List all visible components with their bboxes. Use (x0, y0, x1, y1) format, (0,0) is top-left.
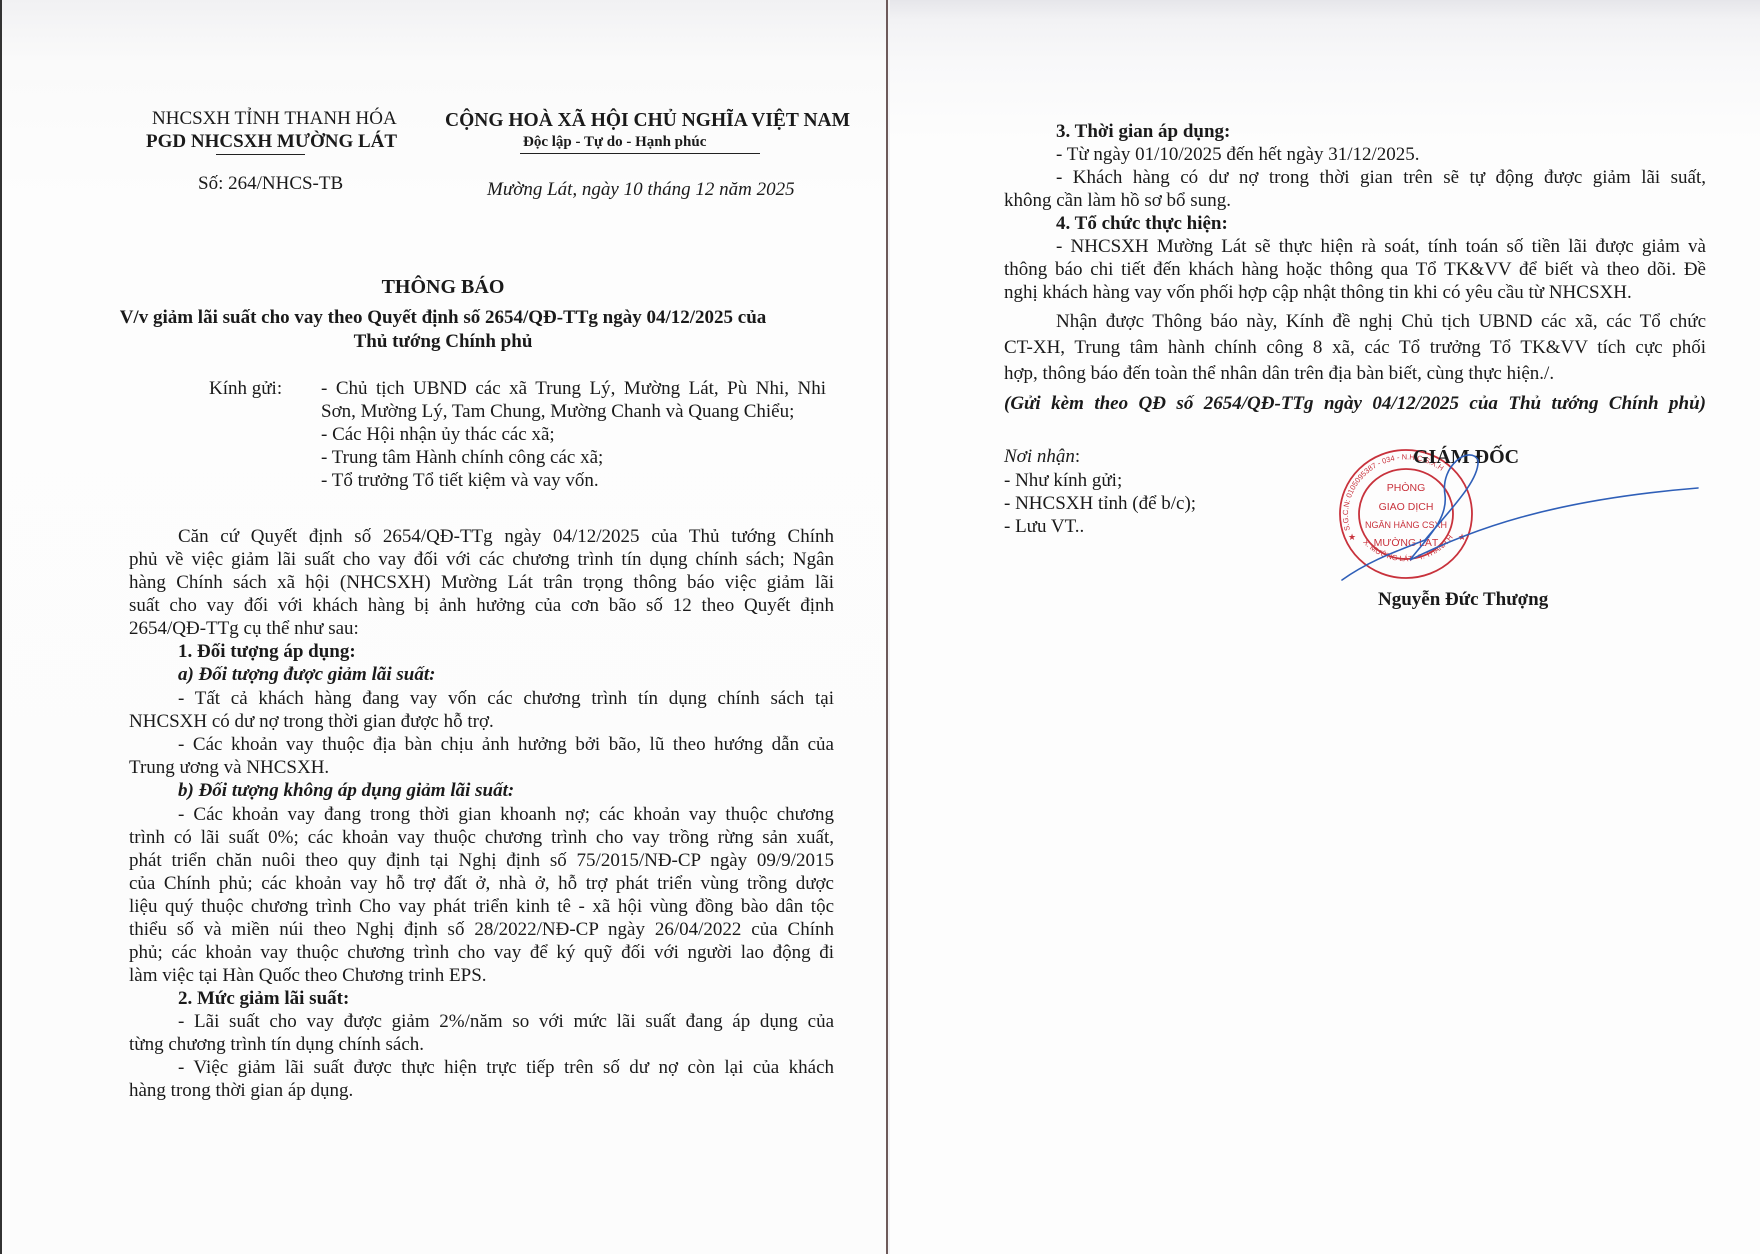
closing-line: Nhận được Thông báo này, Kính đề nghị Ch… (1056, 310, 1706, 333)
org-name: PGD NHCSXH MƯỜNG LÁT (146, 131, 397, 153)
list-item-line: từng chương trình tín dụng chính sách. (129, 1033, 424, 1056)
attachment-note: (Gửi kèm theo QĐ số 2654/QĐ-TTg ngày 04/… (1004, 392, 1706, 415)
recipient-line: Sơn, Mường Lý, Tam Chung, Mường Chanh và… (321, 400, 826, 423)
national-motto: Độc lập - Tự do - Hạnh phúc (523, 134, 706, 151)
intro-line: Căn cứ Quyết định số 2654/QĐ-TTg ngày 04… (178, 525, 834, 548)
closing-line: CT-XH, Trung tâm hành chính công 8 xã, c… (1004, 336, 1706, 359)
list-item-line: - Tất cả khách hàng đang vay vốn các chư… (178, 687, 834, 710)
section-heading: 3. Thời gian áp dụng: (1056, 120, 1230, 143)
exclusion-line: làm việc tại Hàn Quốc theo Chương trinh … (129, 964, 487, 987)
list-item-line: Trung ương và NHCSXH. (129, 756, 329, 779)
exclusion-line: phát triển chăn nuôi theo quy định tại N… (129, 849, 834, 872)
doc-subject-1: V/v giảm lãi suất cho vay theo Quyết địn… (0, 306, 886, 329)
list-item-line: - Các khoản vay thuộc địa bàn chịu ảnh h… (178, 733, 834, 756)
exclusion-line: phủ; các khoản vay thuộc chương trình ch… (129, 941, 834, 964)
intro-line: phủ về việc giảm lãi suất cho vay đối vớ… (129, 548, 834, 571)
list-item-line: - Từ ngày 01/10/2025 đến hết ngày 31/12/… (1056, 143, 1420, 166)
recipients-label: Kính gửi: (209, 377, 282, 400)
distribution-colon: : (1075, 446, 1080, 467)
exclusion-line: trình có lãi suất 0%; các khoản vay thuộ… (129, 826, 834, 849)
exclusion-line: của Chính phủ; các khoản vay hỗ trợ đất … (129, 872, 834, 895)
section-heading: 2. Mức giảm lãi suất: (178, 987, 349, 1010)
list-item-line: không cần làm hồ sơ bổ sung. (1004, 189, 1231, 212)
implementation-line: nghị khách hàng vay vốn phối hợp cập nhậ… (1004, 281, 1632, 304)
implementation-line: - NHCSXH Mường Lát sẽ thực hiện rà soát,… (1056, 235, 1706, 258)
section-heading: 1. Đối tượng áp dụng: (178, 640, 356, 663)
section-heading: 4. Tổ chức thực hiện: (1056, 212, 1228, 235)
recipient-line: - Chủ tịch UBND các xã Trung Lý, Mường L… (321, 377, 826, 400)
handwritten-signature (1330, 440, 1700, 590)
recipient-line: - Tổ trưởng Tổ tiết kiệm và vay vốn. (321, 469, 599, 492)
doc-subject-2: Thủ tướng Chính phủ (0, 330, 886, 353)
list-item-line: - Lãi suất cho vay được giảm 2%/năm so v… (178, 1010, 834, 1033)
exclusion-line: thiểu số và miền núi theo Nghị định số 2… (129, 918, 834, 941)
distribution-label: Nơi nhận: (1004, 445, 1080, 468)
exclusion-line: liệu quý thuộc chương trình Cho vay phát… (129, 895, 834, 918)
signer-name: Nguyễn Đức Thượng (1378, 589, 1548, 611)
motto-underline (520, 153, 760, 154)
intro-line: hàng Chính sách xã hội (NHCSXH) Mường Lá… (129, 571, 834, 594)
list-item-line: - Việc giảm lãi suất được thực hiện trực… (178, 1056, 834, 1079)
page-divider (886, 0, 888, 1254)
intro-line: suất cho vay đối với khách hàng bị ảnh h… (129, 594, 834, 617)
org-parent: NHCSXH TỈNH THANH HÓA (152, 108, 397, 130)
list-item-line: - Khách hàng có dư nợ trong thời gian tr… (1056, 166, 1706, 189)
subsection-heading: a) Đối tượng được giảm lãi suất: (178, 663, 435, 686)
intro-line: 2654/QĐ-TTg cụ thể như sau: (129, 617, 359, 640)
recipient-line: - Các Hội nhận ủy thác các xã; (321, 423, 555, 446)
national-title: CỘNG HOÀ XÃ HỘI CHỦ NGHĨA VIỆT NAM (445, 110, 850, 132)
distribution-item: - Lưu VT.. (1004, 515, 1084, 538)
list-item-line: hàng trong thời gian áp dụng. (129, 1079, 353, 1102)
list-item-line: NHCSXH có dư nợ trong thời gian được hỗ … (129, 710, 494, 733)
doc-number: Số: 264/NHCS-TB (198, 172, 343, 195)
implementation-line: thông báo chi tiết đến khách hàng hoặc t… (1004, 258, 1706, 281)
subsection-heading: b) Đối tượng không áp dụng giảm lãi suất… (178, 779, 514, 802)
distribution-item: - Như kính gửi; (1004, 469, 1122, 492)
org-underline (216, 154, 305, 155)
recipient-line: - Trung tâm Hành chính công các xã; (321, 446, 603, 469)
place-date: Mường Lát, ngày 10 tháng 12 năm 2025 (487, 178, 795, 201)
closing-line: hợp, thông báo đến toàn thể nhân dân trê… (1004, 362, 1554, 385)
exclusion-line: - Các khoản vay đang trong thời gian kho… (178, 803, 834, 826)
doc-heading: THÔNG BÁO (0, 276, 886, 299)
distribution-item: - NHCSXH tỉnh (để b/c); (1004, 492, 1196, 515)
distribution-label-text: Nơi nhận (1004, 446, 1075, 467)
